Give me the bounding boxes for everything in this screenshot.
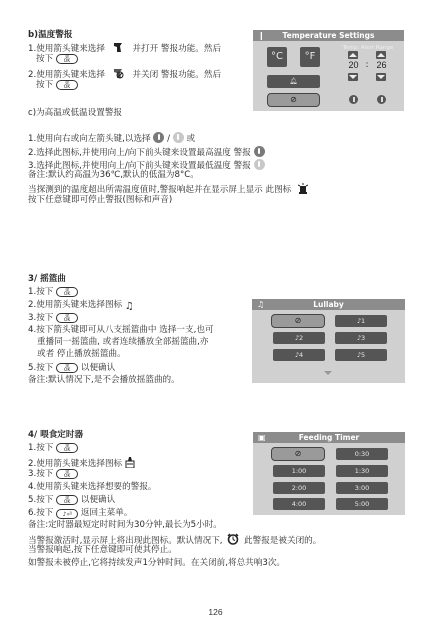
alert-range-label: Temp. Alert Range (334, 43, 402, 54)
feeding-repeat-line: 如警报未被停止,它将持续发声1分钟时间。在关闭前,将总共响3次。 (28, 558, 285, 569)
siren-icon (298, 183, 308, 198)
section-4-heading: 4/ 喂食定时器 (28, 430, 83, 441)
step-text: 以便确认 (81, 495, 115, 505)
panel-title-bar: ▣ Feeding Timer (253, 432, 405, 443)
step-text: 2.使用箭头键来选择图标 (28, 300, 122, 310)
alarm-bell-icon: 🔔︎ (289, 77, 297, 85)
panel-title: Feeding Timer (299, 433, 360, 442)
ok-key-icon: 菜OK (56, 313, 78, 323)
timer-4-00-button[interactable]: 4:00 (273, 498, 325, 510)
section-c-heading: c)为高温或低温设置警报 (28, 108, 122, 119)
panel-title: Temperature Settings (283, 31, 375, 40)
panel-title-bar: ❙ Temperature Settings (253, 30, 404, 41)
ok-key-icon: 菜OK (56, 363, 78, 373)
thermometer-icon: ❙ (258, 30, 265, 41)
lullaby-step-1: 1.按下 菜OK (28, 287, 78, 298)
step-text: 1.按下 (28, 443, 53, 453)
lullaby-3-button[interactable]: ♪3 (335, 332, 387, 344)
lullaby-step-4-line-2: 重播同一摇篮曲, 或者连续播放全部摇篮曲,亦 (37, 337, 208, 348)
section-b-step-1-cont: 按下 菜OK (36, 54, 78, 65)
feeding-step-3: 3.按下 菜OK (28, 469, 78, 480)
music-note-icon: ♫ (125, 301, 134, 312)
ok-key-icon: 菜OK (56, 469, 78, 479)
alarm-off-icon (112, 68, 126, 79)
high-temp-icon (153, 132, 164, 143)
low-temp-icon (254, 159, 265, 170)
timer-off-button[interactable]: ⊘ (271, 447, 325, 461)
lullaby-5-button[interactable]: ♪5 (335, 349, 387, 361)
low-up-arrow[interactable] (348, 51, 358, 59)
ok-key-icon: 菜OK (56, 287, 78, 297)
alarm-toggle-button[interactable]: 🔔︎ (267, 75, 320, 88)
step-text: 并关闭 警报功能。然后 (132, 70, 221, 80)
step-text: 1.按下 (28, 287, 53, 297)
temperature-settings-panel: ❙ Temperature Settings °C °F 🔔︎ ⊘ Temp. … (253, 30, 404, 111)
feeding-timer-panel: ▣ Feeding Timer ⊘ 0:30 1:00 1:30 2:00 3:… (253, 432, 405, 515)
scroll-down-icon[interactable] (324, 371, 332, 375)
fahrenheit-button[interactable]: °F (300, 47, 320, 67)
step-text: 3.按下 (28, 469, 53, 479)
disabled-icon: ⊘ (290, 95, 297, 104)
section-c-step-2: 2.选择此图标,并使用向上/向下前头键来设置最高温度 警报 (28, 146, 265, 159)
ok-key-icon: 菜OK (56, 54, 78, 64)
lullaby-4-button[interactable]: ♪4 (273, 349, 325, 361)
lullaby-step-4-line-3: 或者 停止播放摇篮曲。 (37, 349, 126, 360)
section-b-step-2-cont: 按下 菜OK (36, 80, 78, 91)
section-3-heading: 3/ 摇篮曲 (28, 274, 66, 285)
step-text: 3.按下 (28, 313, 53, 323)
step-text: 1.使用向右或向左箭头键,以选择 (28, 134, 151, 144)
lullaby-note: 备注:默认情况下,是不会播放摇篮曲的。 (28, 375, 180, 386)
feeding-step-6: 6.按下 ♪⏎ 返回主菜单。 (28, 508, 132, 519)
lullaby-2-button[interactable]: ♪2 (273, 332, 325, 344)
step-text: 1.使用箭头键来选择 (28, 44, 105, 54)
calendar-icon: ▣ (258, 432, 266, 443)
high-thermometer-icon[interactable] (377, 95, 386, 104)
section-c-step-1: 1.使用向右或向左箭头键,以选择 / 或 (28, 132, 195, 145)
feeding-ring-line: 当警报响起,按下任意键即可使其停止。 (28, 545, 177, 556)
range-separator: : (362, 60, 372, 71)
low-temp-value: 20 (345, 60, 362, 71)
ok-key-icon: 菜OK (56, 80, 78, 90)
step-text: 5.按下 (28, 495, 53, 505)
high-temp-icon (254, 146, 265, 157)
lullaby-1-button[interactable]: ♪1 (335, 315, 387, 327)
lullaby-step-4-line-1: 4.按下箭头键即可从八支摇篮曲中 选择一支,也可 (28, 325, 214, 336)
timer-1-00-button[interactable]: 1:00 (273, 465, 325, 477)
ok-key-icon: 菜OK (56, 495, 78, 505)
low-down-arrow[interactable] (348, 73, 358, 81)
high-down-arrow[interactable] (376, 73, 386, 81)
step-text: 此警报是被关闭的。 (244, 536, 321, 546)
alarm-off-button[interactable]: ⊘ (267, 93, 320, 107)
panel-title-bar: ♫ Lullaby (252, 299, 405, 310)
feeding-step-4: 4.使用箭头键来选择想要的警报。 (28, 482, 157, 493)
high-temp-value: 26 (373, 60, 390, 71)
alarm-on-icon (112, 42, 126, 53)
low-thermometer-icon[interactable] (349, 95, 358, 104)
step-text: 按下 (36, 54, 53, 64)
panel-title: Lullaby (313, 300, 344, 309)
timer-1-30-button[interactable]: 1:30 (336, 465, 388, 477)
step-text: 并打开 警报功能。然后 (132, 44, 221, 54)
step-text: / (167, 134, 170, 144)
feeding-step-5: 5.按下 菜OK 以便确认 (28, 495, 115, 506)
lullaby-panel: ♫ Lullaby ⊘ ♪1 ♪2 ♪3 ♪4 ♪5 (252, 299, 405, 383)
alarm-clock-icon (227, 533, 239, 549)
ok-key-icon: 菜OK (56, 443, 78, 453)
high-up-arrow[interactable] (376, 51, 386, 59)
section-c-note: 备注:默认约高温为36℃,默认的低温为8°C。 (28, 170, 199, 181)
step-text: 返回主菜单。 (81, 508, 133, 518)
feeding-step-1: 1.按下 菜OK (28, 443, 78, 454)
step-text: 5.按下 (28, 363, 53, 373)
feeding-note: 备注:定时器最短定时时间为30分钟,最长为5小时。 (28, 520, 222, 531)
step-text: 当探测到的温度超出所需温度值时,警报响起并在显示屏上显示 此图标 (28, 185, 291, 195)
timer-2-00-button[interactable]: 2:00 (273, 482, 325, 494)
celsius-button[interactable]: °C (267, 47, 287, 67)
step-text: 6.按下 (28, 508, 53, 518)
feeding-bottle-icon (125, 456, 135, 472)
step-text: 或 (187, 134, 196, 144)
section-c-stop-line: 按下任意键即可停止警报(图标和声音) (28, 195, 172, 206)
step-text: 以便确认 (81, 363, 115, 373)
timer-3-00-button[interactable]: 3:00 (336, 482, 388, 494)
lullaby-step-2: 2.使用箭头键来选择图标 ♫ (28, 300, 134, 312)
back-key-icon: ♪⏎ (56, 509, 78, 519)
timer-0-30-button[interactable]: 0:30 (336, 448, 388, 460)
music-note-icon: ♫ (257, 299, 264, 310)
low-temp-icon (173, 132, 184, 143)
step-text: 2.选择此图标,并使用向上/向下前头键来设置最高温度 警报 (28, 148, 251, 158)
step-text: 2.使用箭头键来选择图标 (28, 459, 122, 469)
lullaby-off-button[interactable]: ⊘ (271, 314, 325, 328)
timer-5-00-button[interactable]: 5:00 (336, 498, 388, 510)
lullaby-step-3: 3.按下 菜OK (28, 313, 78, 324)
lullaby-step-5: 5.按下 菜OK 以便确认 (28, 363, 115, 374)
section-b-heading: b)温度警报 (28, 30, 72, 41)
step-text: 按下 (36, 80, 53, 90)
page-number: 126 (0, 607, 431, 618)
step-text: 2.使用箭头键来选择 (28, 70, 105, 80)
